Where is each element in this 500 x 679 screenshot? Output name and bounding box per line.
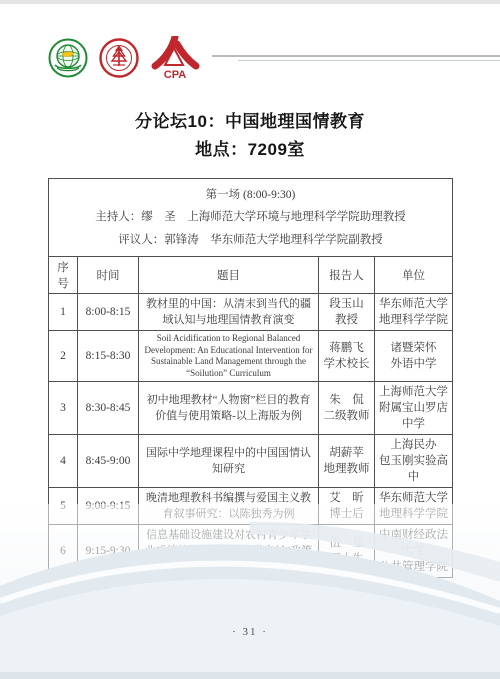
forum-location: 地点：7209室 <box>0 136 500 164</box>
org-line1: 诸暨荣怀 <box>378 340 449 356</box>
header-no: 序号 <box>49 257 78 294</box>
ecnu-logo-icon <box>99 38 139 78</box>
cell-no: 3 <box>49 382 78 435</box>
cell-speaker: 胡薪苹 地理教师 <box>319 435 375 488</box>
org-line1: 上海民办 <box>378 437 449 453</box>
table-header-row: 序号 时间 题目 报告人 单位 <box>49 257 453 294</box>
speaker-title: 二级教师 <box>322 408 371 424</box>
speaker-name: 朱 侃 <box>322 392 371 408</box>
org-line2: 包玉刚实验高中 <box>378 453 449 485</box>
cell-org: 诸暨荣怀 外语中学 <box>375 331 453 382</box>
session-info-row: 第一场 (8:00-9:30) 主持人：缪 圣 上海师范大学环境与地理科学学院助… <box>49 179 453 257</box>
header-time: 时间 <box>78 257 139 294</box>
cell-org: 上海师范大学 附属宝山罗店中学 <box>375 382 453 435</box>
cell-speaker: 朱 侃 二级教师 <box>319 382 375 435</box>
header-speaker: 报告人 <box>319 257 375 294</box>
header-title: 题目 <box>139 257 319 294</box>
geographical-society-logo-icon <box>48 38 88 78</box>
cell-title: Soil Acidification to Regional Balanced … <box>139 331 319 382</box>
cell-speaker: 蒋鹏飞 学术校长 <box>319 331 375 382</box>
org-line2: 外语中学 <box>378 356 449 372</box>
logo-row: CPA <box>48 36 200 80</box>
table-row: 3 8:30-8:45 初中地理教材“人物窗”栏目的教育价值与使用策略-以上海版… <box>49 382 453 435</box>
org-line2: 附属宝山罗店中学 <box>378 400 449 432</box>
speaker-name: 胡薪苹 <box>322 445 371 461</box>
table-row: 1 8:00-8:15 教材里的中国：从清末到当代的疆域认知与地理国情教育演变 … <box>49 294 453 331</box>
speaker-name: 段玉山 <box>322 296 371 312</box>
cpa-logo-icon: CPA <box>150 36 200 80</box>
cell-org: 华东师范大学 地理科学学院 <box>375 294 453 331</box>
program-page: CPA 分论坛10：中国地理国情教育 地点：7209室 第一场 (8:00-9:… <box>0 0 500 679</box>
org-line1: 上海师范大学 <box>378 384 449 400</box>
cell-no: 2 <box>49 331 78 382</box>
cell-title: 初中地理教材“人物窗”栏目的教育价值与使用策略-以上海版为例 <box>139 382 319 435</box>
cpa-logo-text: CPA <box>164 69 186 80</box>
session-host: 主持人：缪 圣 上海师范大学环境与地理科学学院助理教授 <box>52 206 449 229</box>
page-top-edge <box>0 0 500 4</box>
bottom-wave-decoration-icon <box>0 504 500 679</box>
cell-time: 8:45-9:00 <box>78 435 139 488</box>
speaker-title: 学术校长 <box>322 356 371 372</box>
cell-title: 教材里的中国：从清末到当代的疆域认知与地理国情教育演变 <box>139 294 319 331</box>
org-line2: 地理科学学院 <box>378 312 449 328</box>
header-rule-lower <box>238 60 500 61</box>
cell-org: 上海民办 包玉刚实验高中 <box>375 435 453 488</box>
cell-time: 8:15-8:30 <box>78 331 139 382</box>
header-rule-upper <box>212 55 500 57</box>
page-number: · 31 · <box>0 626 500 638</box>
cell-time: 8:30-8:45 <box>78 382 139 435</box>
cell-title: 国际中学地理课程中的中国国情认知研究 <box>139 435 319 488</box>
speaker-title: 地理教师 <box>322 461 371 477</box>
org-line1: 华东师范大学 <box>378 296 449 312</box>
cell-no: 4 <box>49 435 78 488</box>
cell-speaker: 段玉山 教授 <box>319 294 375 331</box>
cell-time: 8:00-8:15 <box>78 294 139 331</box>
table-row: 4 8:45-9:00 国际中学地理课程中的中国国情认知研究 胡薪苹 地理教师 … <box>49 435 453 488</box>
session-title: 第一场 (8:00-9:30) <box>52 184 449 207</box>
session-info-cell: 第一场 (8:00-9:30) 主持人：缪 圣 上海师范大学环境与地理科学学院助… <box>49 179 453 257</box>
speaker-title: 教授 <box>322 312 371 328</box>
cell-no: 1 <box>49 294 78 331</box>
speaker-name: 蒋鹏飞 <box>322 340 371 356</box>
forum-title: 分论坛10：中国地理国情教育 <box>0 108 500 136</box>
header-org: 单位 <box>375 257 453 294</box>
page-title: 分论坛10：中国地理国情教育 地点：7209室 <box>0 108 500 164</box>
session-reviewer: 评议人：郭锋涛 华东师范大学地理科学学院副教授 <box>52 229 449 252</box>
table-row: 2 8:15-8:30 Soil Acidification to Region… <box>49 331 453 382</box>
